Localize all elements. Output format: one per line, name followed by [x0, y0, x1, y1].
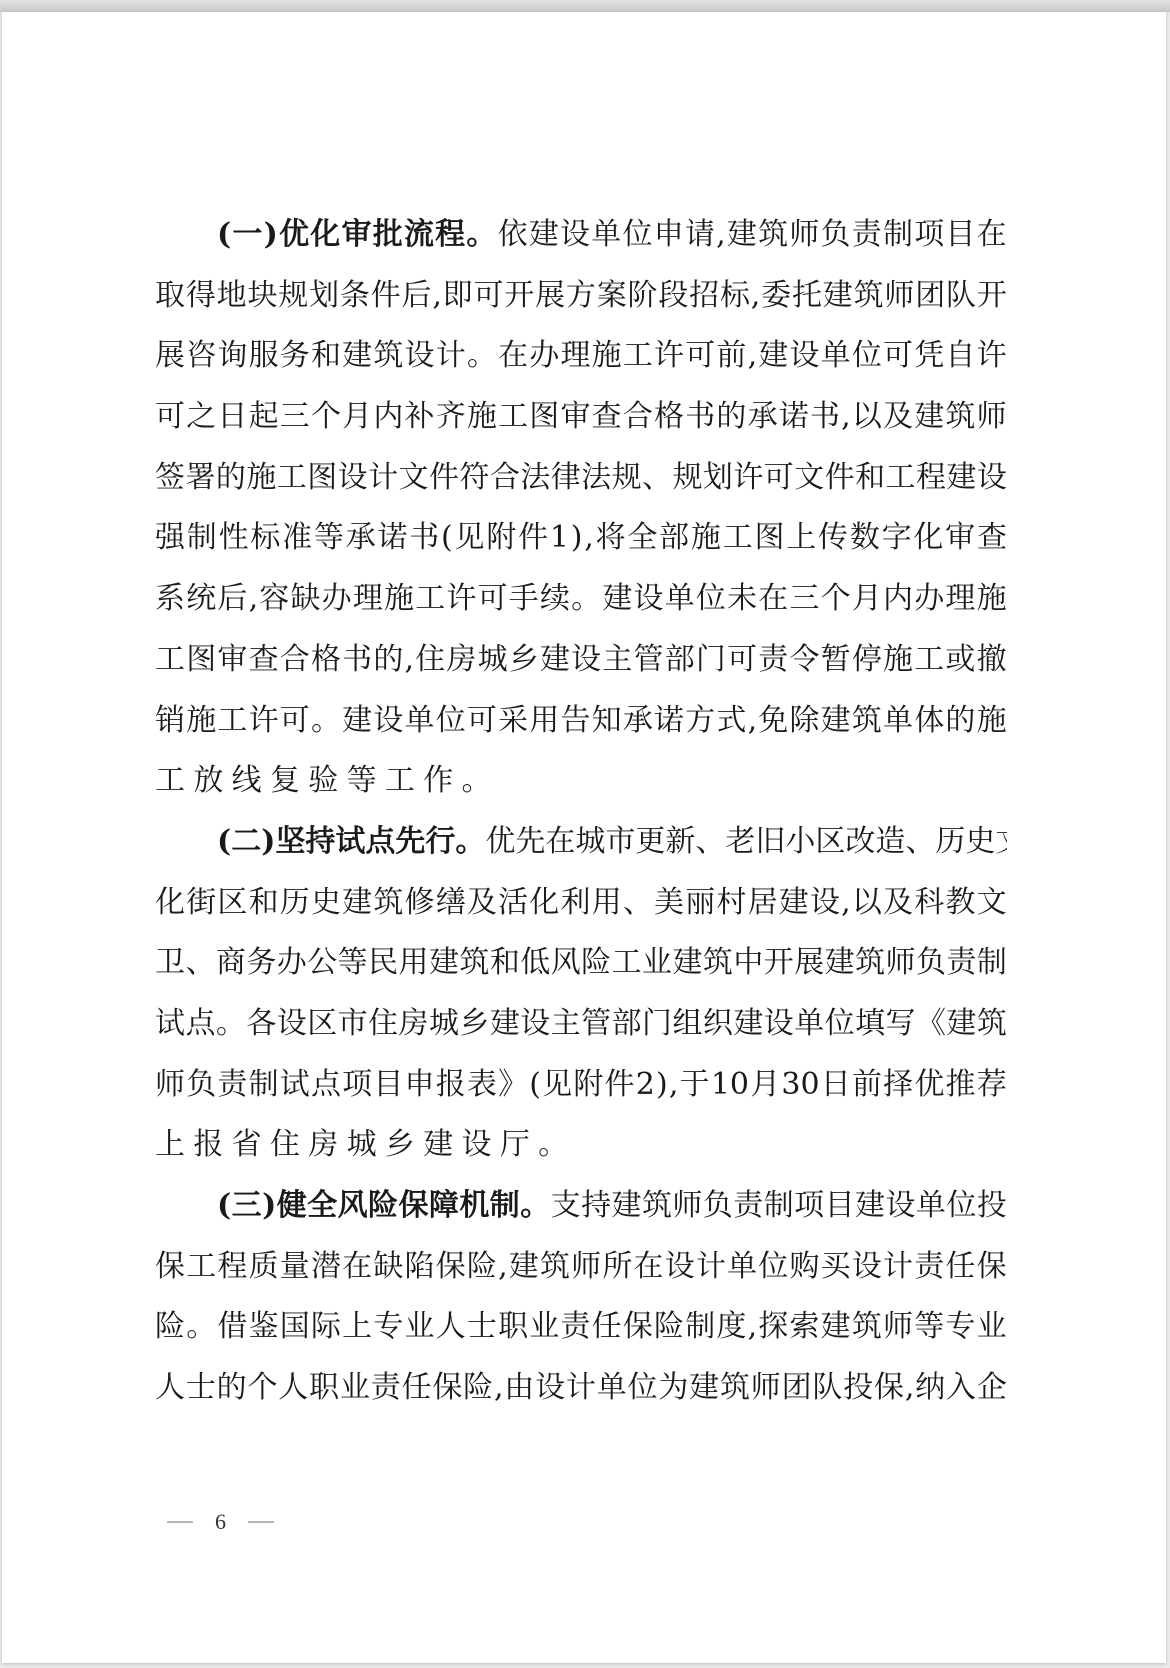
- paragraph-line: 工放线复验等工作。: [155, 751, 1007, 812]
- section-2: (二)坚持试点先行。优先在城市更新、老旧小区改造、历史文化街区和历史建筑修缮及活…: [155, 812, 1007, 1176]
- page-number: 6: [215, 1509, 226, 1535]
- paragraph-line: 人士的个人职业责任保险,由设计单位为建筑师团队投保,纳入企: [155, 1358, 1007, 1419]
- page-footer: 6: [167, 1509, 274, 1535]
- paragraph-line: 强制性标准等承诺书(见附件1),将全部施工图上传数字化审查: [155, 508, 1007, 569]
- paragraph-line: 系统后,容缺办理施工许可手续。建设单位未在三个月内办理施: [155, 569, 1007, 630]
- paragraph-line: 销施工许可。建设单位可采用告知承诺方式,免除建筑单体的施: [155, 691, 1007, 752]
- section-3: (三)健全风险保障机制。支持建筑师负责制项目建设单位投保工程质量潜在缺陷保险,建…: [155, 1176, 1007, 1419]
- document-page: (一)优化审批流程。依建设单位申请,建筑师负责制项目在取得地块规划条件后,即可开…: [2, 12, 1166, 1663]
- paragraph-line: 展咨询服务和建筑设计。在办理施工许可前,建设单位可凭自许: [155, 326, 1007, 387]
- paragraph-line: 试点。各设区市住房城乡建设主管部门组织建设单位填写《建筑: [155, 994, 1007, 1055]
- viewer-top-band: [0, 0, 1170, 12]
- paragraph-line: 可之日起三个月内补齐施工图审查合格书的承诺书,以及建筑师: [155, 387, 1007, 448]
- paragraph-line: 上报省住房城乡建设厅。: [155, 1115, 1007, 1176]
- section-heading-line: (一)优化审批流程。依建设单位申请,建筑师负责制项目在: [155, 205, 1007, 266]
- paragraph-line: 师负责制试点项目申报表》(见附件2),于10月30日前择优推荐: [155, 1055, 1007, 1116]
- paragraph-line: 险。借鉴国际上专业人士职业责任保险制度,探索建筑师等专业: [155, 1297, 1007, 1358]
- paragraph-line: 工图审查合格书的,住房城乡建设主管部门可责令暂停施工或撤: [155, 630, 1007, 691]
- section-heading-line: (三)健全风险保障机制。支持建筑师负责制项目建设单位投: [155, 1176, 1007, 1237]
- paragraph-line: 签署的施工图设计文件符合法律法规、规划许可文件和工程建设: [155, 448, 1007, 509]
- section-heading-line: (二)坚持试点先行。优先在城市更新、老旧小区改造、历史文: [155, 812, 1007, 873]
- page-number-dash-left: [167, 1521, 193, 1523]
- paragraph-line: 保工程质量潜在缺陷保险,建筑师所在设计单位购买设计责任保: [155, 1237, 1007, 1298]
- paragraph-line: 卫、商务办公等民用建筑和低风险工业建筑中开展建筑师负责制: [155, 933, 1007, 994]
- section-1: (一)优化审批流程。依建设单位申请,建筑师负责制项目在取得地块规划条件后,即可开…: [155, 205, 1007, 812]
- paragraph-line: 取得地块规划条件后,即可开展方案阶段招标,委托建筑师团队开: [155, 266, 1007, 327]
- page-number-dash-right: [248, 1521, 274, 1523]
- paragraph-line: 化街区和历史建筑修缮及活化利用、美丽村居建设,以及科教文: [155, 873, 1007, 934]
- document-body: (一)优化审批流程。依建设单位申请,建筑师负责制项目在取得地块规划条件后,即可开…: [155, 205, 1007, 1419]
